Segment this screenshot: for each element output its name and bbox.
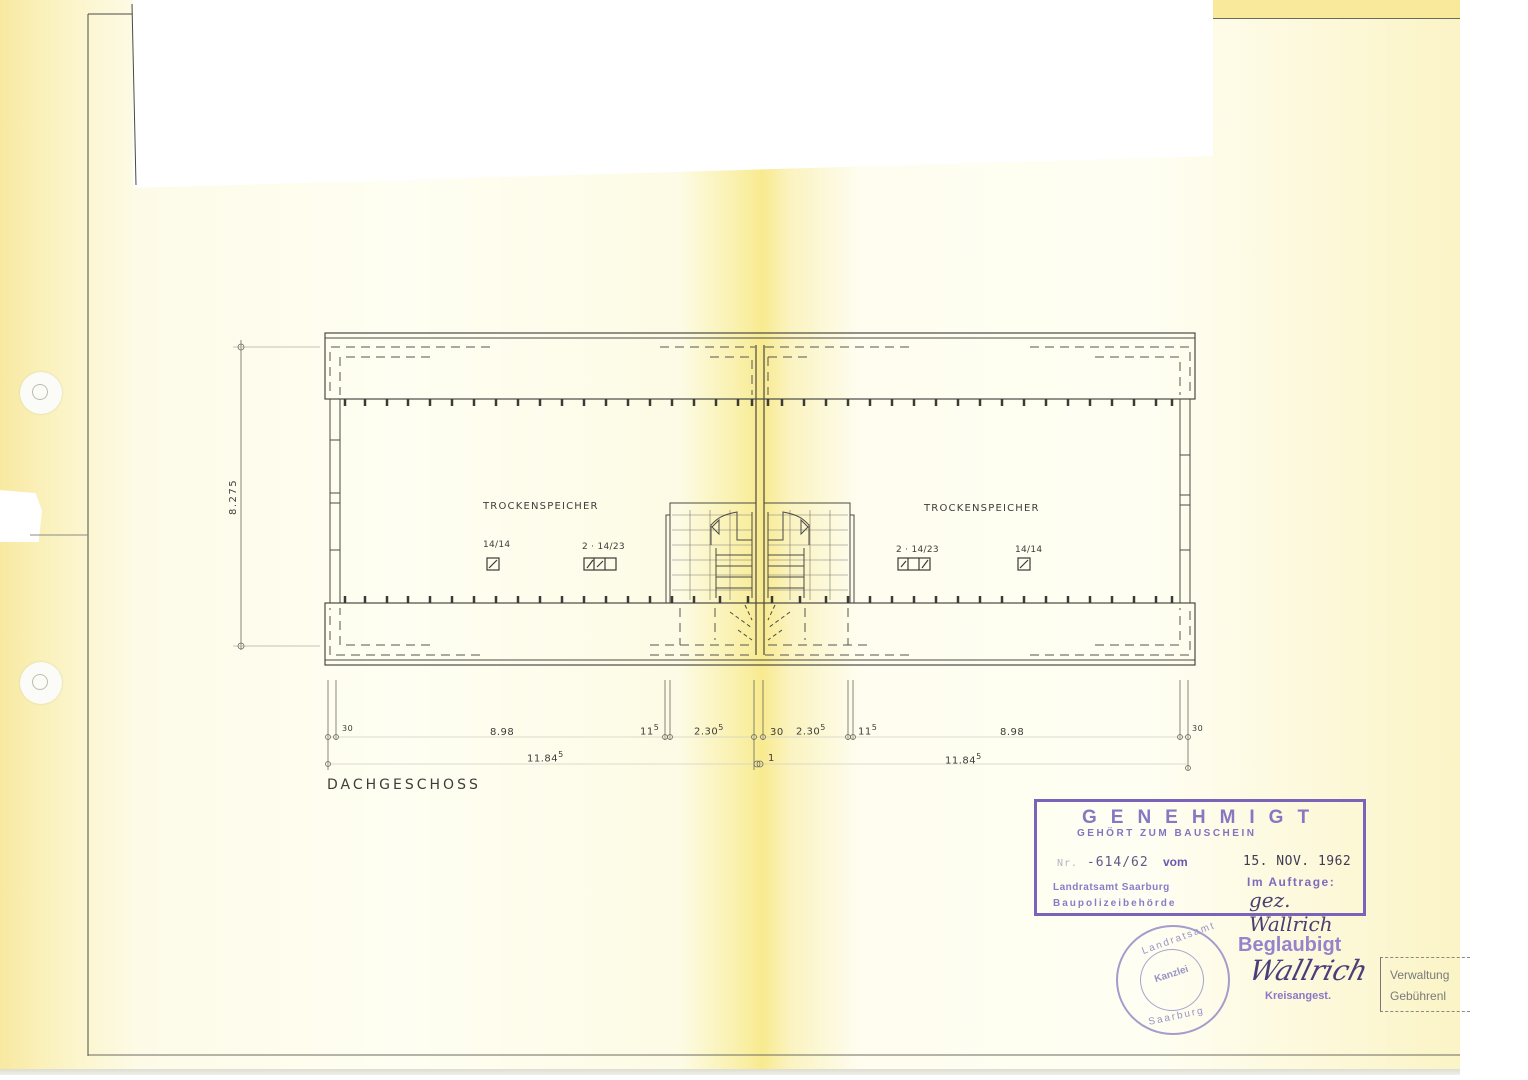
certified-signature: Wallrich: [1246, 954, 1372, 987]
vertical-dimension: [233, 340, 320, 650]
stamp-date: 15. NOV. 1962: [1243, 854, 1351, 869]
approval-stamp: GENEHMIGT GEHÖRT ZUM BAUSCHEIN Nr. -614/…: [1034, 799, 1366, 916]
stamp-signature: gez. Wallrich: [1249, 888, 1363, 936]
dimension-depth: 8.275: [228, 479, 239, 515]
dimension-label: 115: [640, 723, 659, 737]
fee-box: Verwaltung Gebührenl: [1380, 957, 1470, 1012]
staircase: [672, 510, 848, 600]
stamp-authority: Landratsamt Saarburg: [1053, 882, 1170, 893]
stamp-im-auftrag: Im Auftrage:: [1247, 875, 1335, 889]
stamp-subheading: GEHÖRT ZUM BAUSCHEIN: [1077, 828, 1256, 839]
stamp-authority-dept: Baupolizeibehörde: [1053, 898, 1176, 909]
eaves-bottom: [325, 603, 1195, 665]
dimension-label: 8.98: [1000, 727, 1024, 738]
dimension-label: 30: [1192, 724, 1203, 738]
dimension-label: 30: [342, 724, 353, 738]
fee-box-line2: Gebührenl: [1390, 986, 1470, 1007]
chimney-label: 14/14: [483, 540, 510, 550]
stamp-number: Nr. -614/62: [1057, 855, 1149, 870]
stamp-heading: GENEHMIGT: [1082, 807, 1323, 829]
chimney-label: 2 · 14/23: [896, 545, 939, 555]
dimension-label: 8.98: [490, 727, 514, 738]
horizontal-dimensions: [326, 680, 1191, 771]
chimney-label: 14/14: [1015, 545, 1042, 555]
floor-title: DACHGESCHOSS: [327, 777, 481, 793]
dimension-label: 2.305: [694, 723, 724, 737]
chimney-label: 2 · 14/23: [582, 542, 625, 552]
room-label-left: TROCKENSPEICHER: [483, 501, 599, 512]
chimneys: [487, 558, 1030, 570]
dimension-label: 30: [770, 727, 784, 738]
stamp-vom: vom: [1163, 855, 1188, 869]
dimension-label: 11.845: [945, 752, 982, 766]
dimension-label: 115: [858, 723, 877, 737]
room-label-right: TROCKENSPEICHER: [924, 503, 1040, 514]
official-seal: Landratsamt Kanzlei Saarburg: [1116, 925, 1230, 1035]
rafter-marks: [345, 399, 1172, 603]
certified-title: Kreisangest.: [1265, 990, 1331, 1002]
eaves-top: [325, 333, 1195, 399]
dimension-label: 11.845: [527, 750, 564, 764]
dimension-label: 1: [768, 753, 775, 764]
dimension-label: 2.305: [796, 723, 826, 737]
fee-box-line1: Verwaltung: [1390, 965, 1470, 986]
